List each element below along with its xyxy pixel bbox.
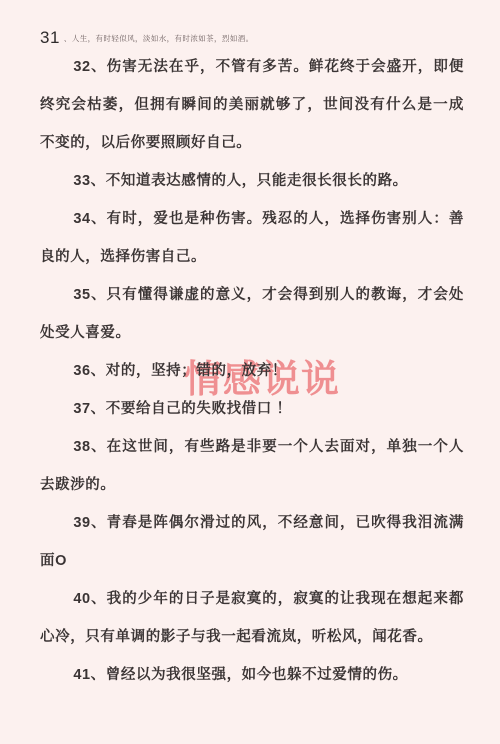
paragraph-34: 34、有时，爱也是种伤害。残忍的人，选择伤害别人：善 良的人，选择伤害自己。 — [40, 200, 464, 276]
page-number: 31 — [40, 29, 60, 46]
paragraph-40: 40、我的少年的日子是寂寞的，寂寞的让我现在想起来都 心冷，只有单调的影子与我一… — [40, 580, 464, 656]
paragraph-32: 32、伤害无法在乎，不管有多苦。鲜花终于会盛开，即便 终究会枯萎，但拥有瞬间的美… — [40, 48, 464, 162]
paragraph-33: 33、不知道表达感情的人，只能走很长很长的路。 — [40, 162, 464, 200]
paragraph-41: 41、曾经以为我很坚强，如今也躲不过爱情的伤。 — [40, 656, 464, 694]
paragraph-37: 37、不要给自己的失败找借口 ！ — [40, 390, 464, 428]
document-page: 31 、人生，有时轻似风，淡如水，有时浓如茶，烈如酒。 32、伤害无法在乎，不管… — [0, 0, 500, 744]
paragraph-38: 38、在这世间，有些路是非要一个人去面对，单独一个人 去跋涉的。 — [40, 428, 464, 504]
page-header: 31 、人生，有时轻似风，淡如水，有时浓如茶，烈如酒。 — [40, 24, 464, 46]
paragraph-35: 35、只有懂得谦虚的意义，才会得到别人的教诲，才会处 处受人喜爱。 — [40, 276, 464, 352]
paragraph-39: 39、青春是阵偶尔滑过的风，不经意间，已吹得我泪流满 面O — [40, 504, 464, 580]
quote-list: 32、伤害无法在乎，不管有多苦。鲜花终于会盛开，即便 终究会枯萎，但拥有瞬间的美… — [40, 48, 464, 694]
paragraph-36: 36、对的，坚持；错的，放弃！ — [40, 352, 464, 390]
header-note: 、人生，有时轻似风，淡如水，有时浓如茶，烈如酒。 — [64, 33, 254, 46]
